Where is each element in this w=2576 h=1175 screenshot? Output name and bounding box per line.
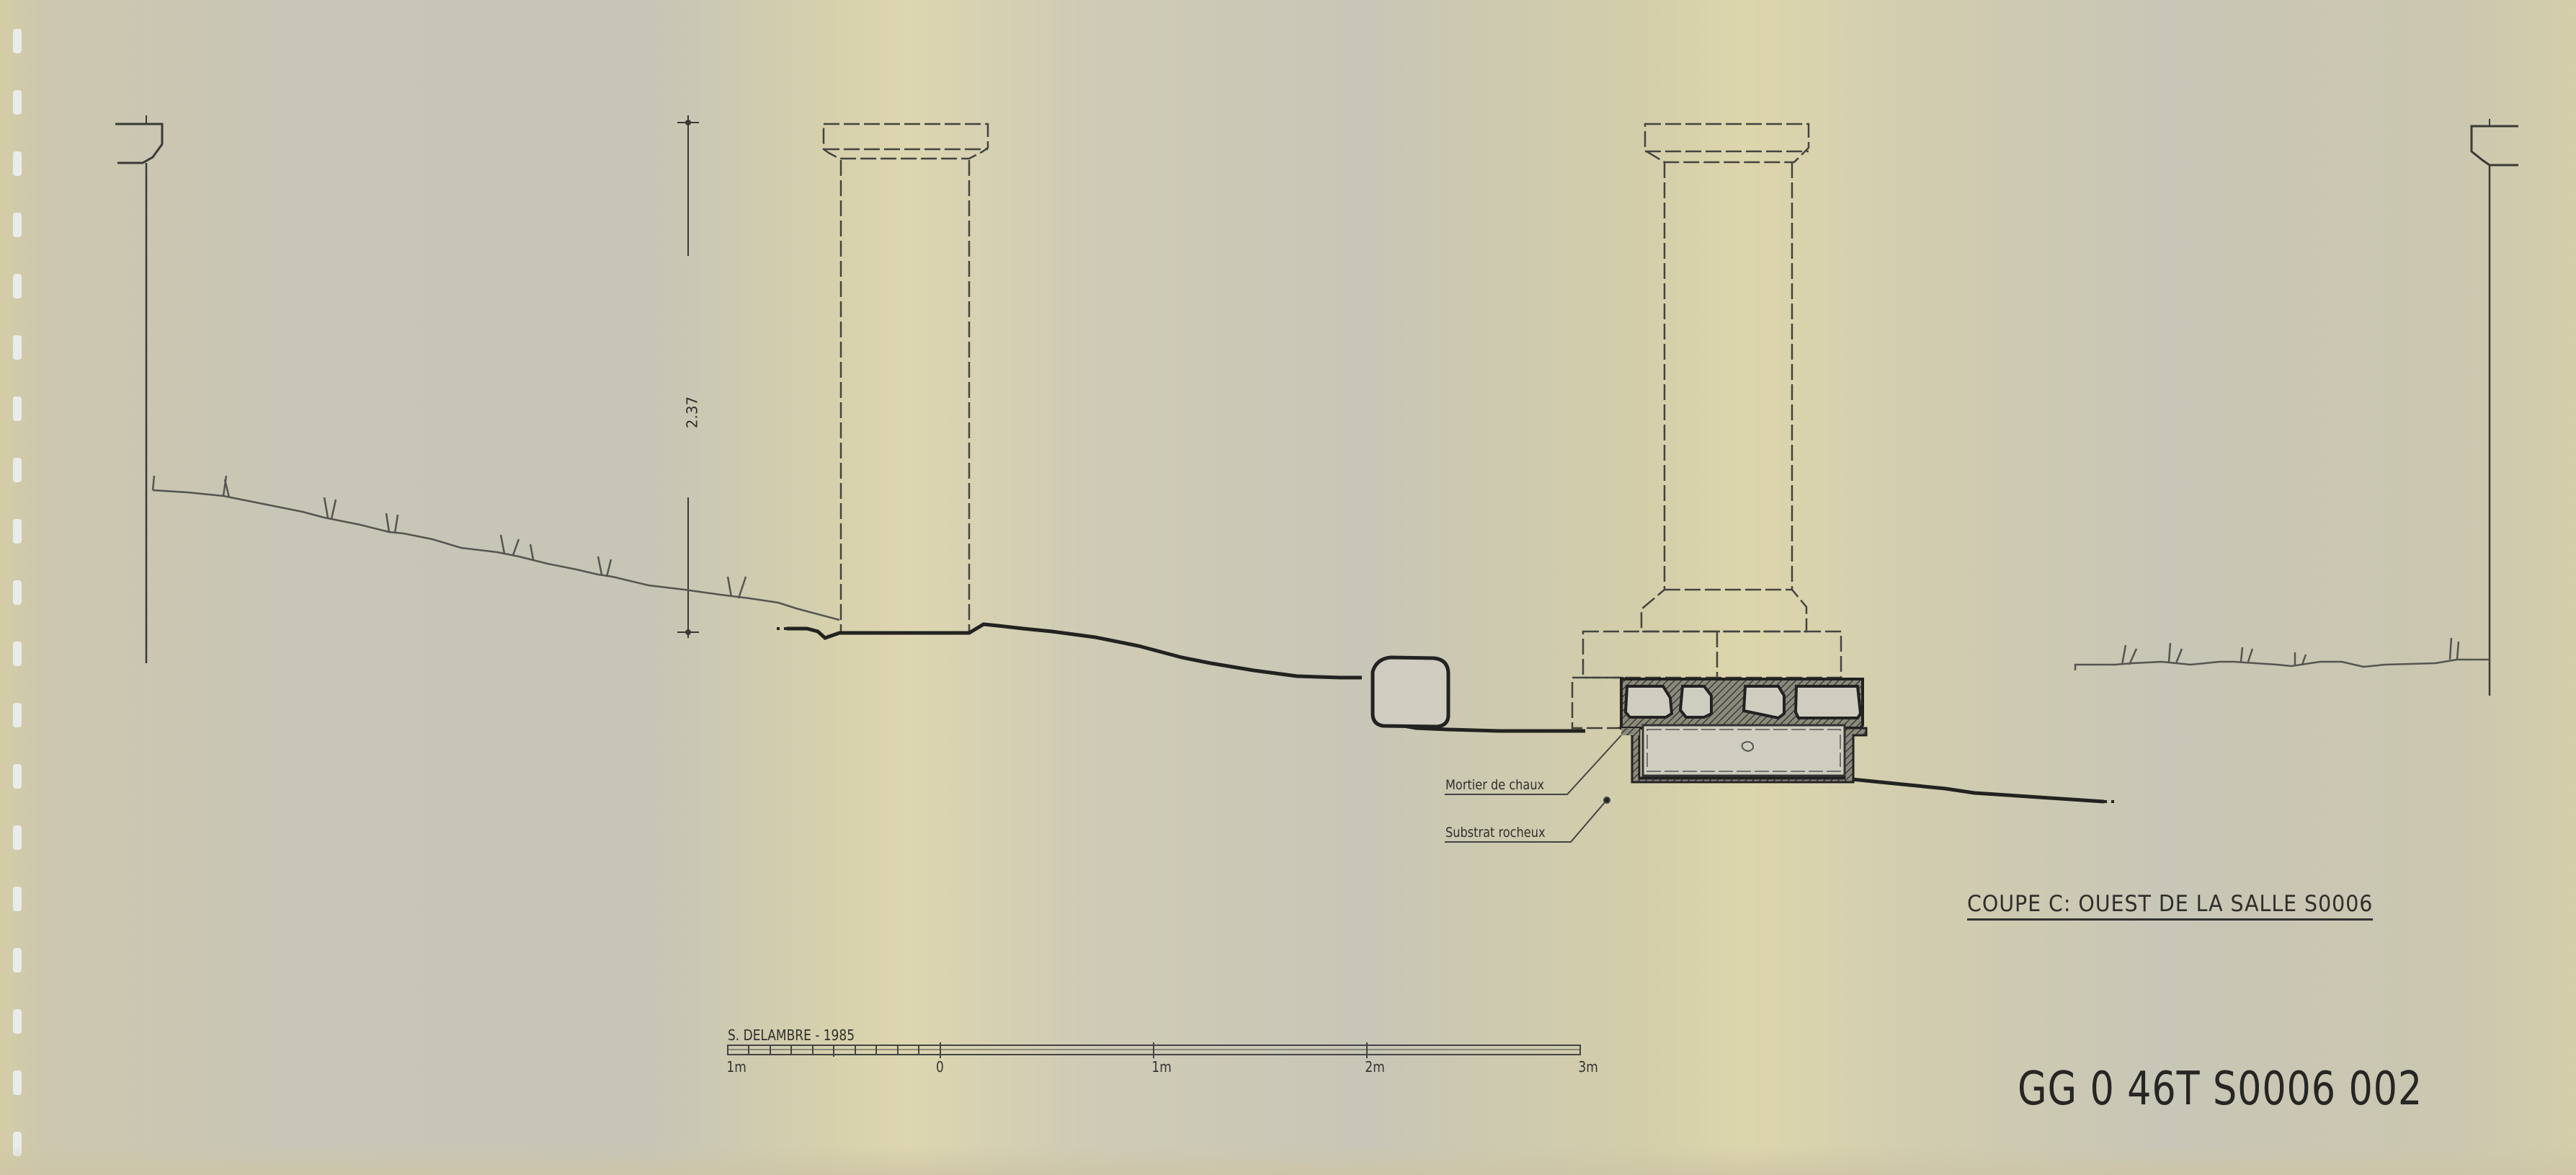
ground-line-right [2075, 638, 2490, 670]
author-credit: S. DELAMBRE - 1985 [728, 1027, 855, 1044]
boulder [1373, 657, 1448, 727]
scale-label-0: 0 [936, 1058, 944, 1076]
annotation-substrate: Substrat rocheux [1445, 825, 1546, 841]
scale-bar [728, 1042, 1580, 1058]
annotation-mortar: Mortier de chaux [1445, 777, 1544, 793]
scale-label-1m: 1m [1151, 1058, 1171, 1076]
dimension-line-237 [677, 115, 699, 638]
left-wall-profile [115, 115, 162, 663]
scale-label-3m: 3m [1578, 1058, 1597, 1076]
right-column [1572, 124, 1841, 728]
dimension-label: 2.37 [683, 396, 700, 429]
scale-label-minus-1m: 1m [726, 1058, 746, 1076]
reference-code: GG 0 46T S0006 002 [2018, 1063, 2423, 1116]
foundation-mortar [1621, 679, 1866, 782]
section-title: COUPE C: OUEST DE LA SALLE S0006 [1967, 891, 2373, 921]
section-drawing [0, 0, 2576, 1175]
scale-label-2m: 2m [1365, 1058, 1384, 1076]
right-wall-profile [2472, 119, 2518, 696]
drawing-sheet: 2.37 Mortier de chaux Substrat rocheux S… [0, 0, 2576, 1175]
ground-line-left [153, 476, 839, 620]
left-column [824, 124, 988, 634]
